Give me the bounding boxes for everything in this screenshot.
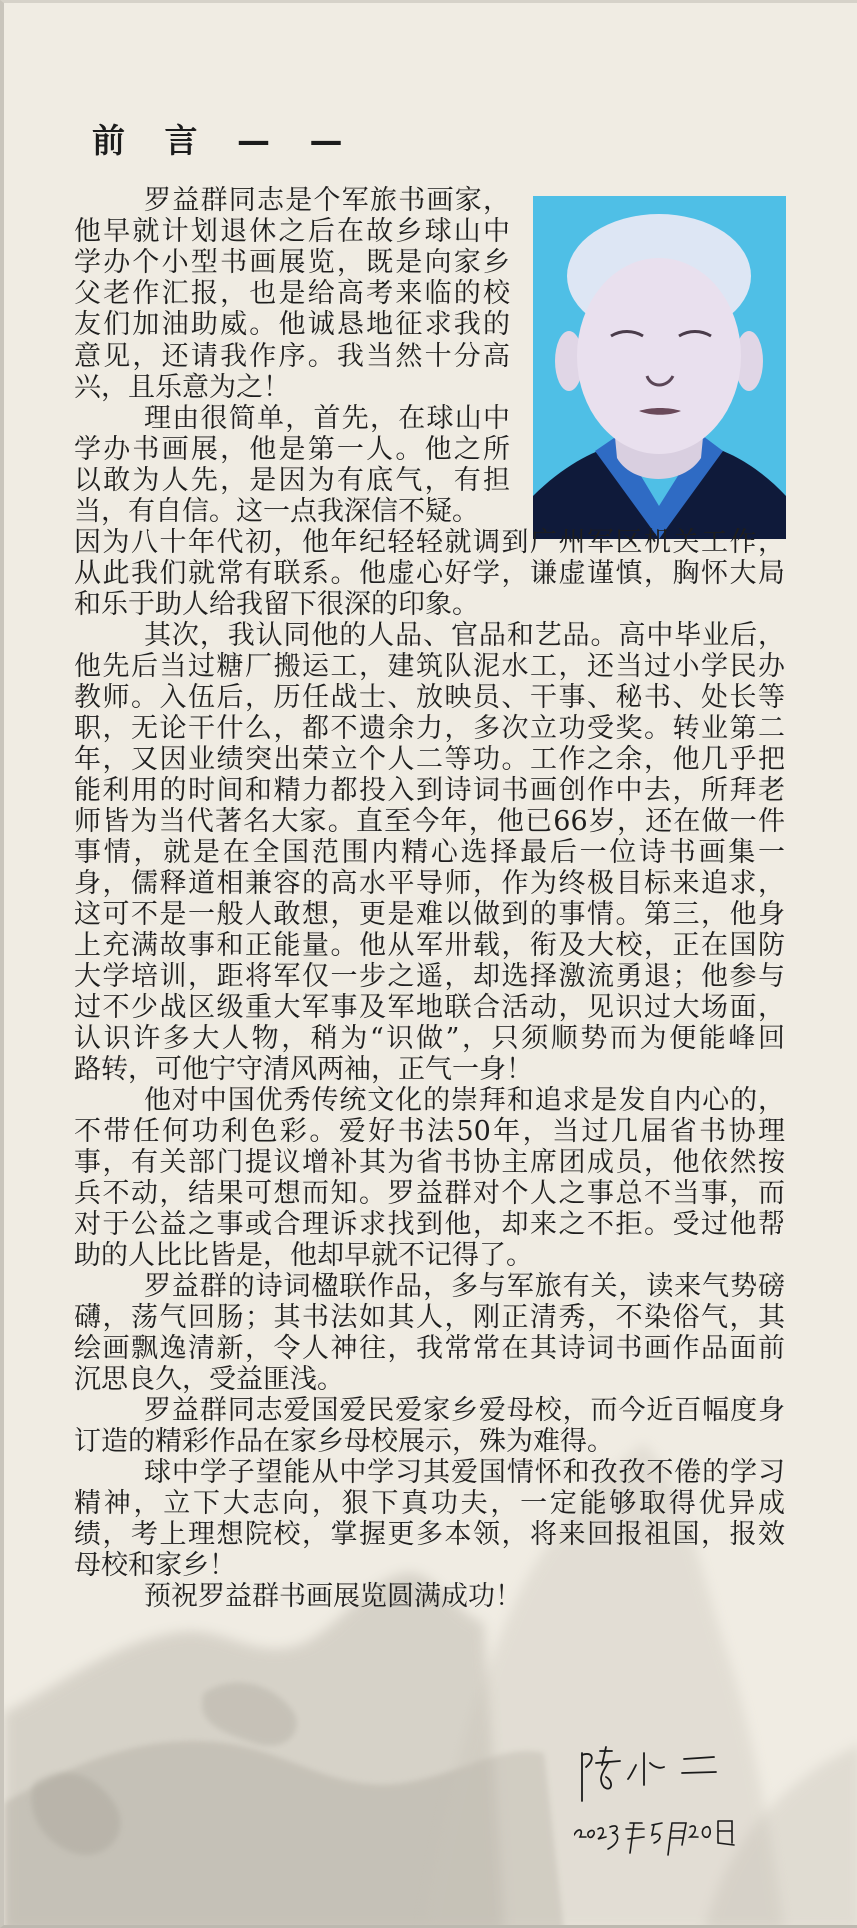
body-line: 认识许多大人物，稍为“识做”，只须顺势而为便能峰回 [74, 1023, 785, 1054]
body-line: 罗益群的诗词楹联作品，多与军旅有关，读来气势磅 [74, 1271, 785, 1302]
body-line: 罗益群同志是个军旅书画家， [74, 185, 510, 216]
body-line: 母校和家乡！ [74, 1550, 785, 1581]
body-line: 助的人比比皆是，他却早就不记得了。 [74, 1240, 785, 1271]
body-line: 年，又因业绩突出荣立个人二等功。工作之余，他几乎把 [74, 744, 785, 775]
body-line: 学办个小型书画展览，既是向家乡 [74, 247, 510, 278]
handwritten-signature [574, 1743, 784, 1873]
body-line: 身，儒释道相兼容的高水平导师，作为终极目标来追求， [74, 868, 785, 899]
body-line: 其次，我认同他的人品、官品和艺品。高中毕业后， [74, 620, 785, 651]
preface-page: 前 言 — — 罗益群同志是个军旅书画家 [0, 0, 857, 1928]
portrait-image [533, 196, 786, 539]
body-line: 理由很简单，首先，在球山中 [74, 403, 510, 434]
closing-line: 预祝罗益群书画展览圆满成功！ [74, 1581, 594, 1612]
body-line: 能利用的时间和精力都投入到诗词书画创作中去，所拜老 [74, 775, 785, 806]
body-line: 当，有自信。这一点我深信不疑。 [74, 496, 510, 527]
body-line: 职，无论干什么，都不遗余力，多次立功受奖。转业第二 [74, 713, 785, 744]
body-line: 他先后当过糖厂搬运工，建筑队泥水工，还当过小学民办 [74, 651, 785, 682]
body-line: 绩，考上理想院校，掌握更多本领，将来回报祖国，报效 [74, 1519, 785, 1550]
body-line: 他对中国优秀传统文化的崇拜和追求是发自内心的， [74, 1085, 785, 1116]
body-line: 兴，且乐意为之！ [74, 372, 510, 403]
page-title: 前 言 — — [92, 115, 356, 162]
body-line: 兵不动，结果可想而知。罗益群对个人之事总不当事，而 [74, 1178, 785, 1209]
body-line: 订造的精彩作品在家乡母校展示，殊为难得。 [74, 1426, 785, 1457]
body-line: 友们加油助威。他诚恳地征求我的 [74, 309, 510, 340]
body-line: 师皆为当代著名大家。直至今年，他已66岁，还在做一件 [74, 806, 785, 837]
body-line: 事，有关部门提议增补其为省书协主席团成员，他依然按 [74, 1147, 785, 1178]
body-line: 从此我们就常有联系。他虚心好学，谦虚谨慎，胸怀大局 [74, 558, 785, 589]
body-line: 罗益群同志爱国爱民爱家乡爱母校，而今近百幅度身 [74, 1395, 785, 1426]
body-line: 他早就计划退休之后在故乡球山中 [74, 216, 510, 247]
body-line: 意见，还请我作序。我当然十分高 [74, 341, 510, 372]
body-line: 事情，就是在全国范围内精心选择最后一位诗书画集一 [74, 837, 785, 868]
body-line: 对于公益之事或合理诉求找到他，却来之不拒。受过他帮 [74, 1209, 785, 1240]
body-line: 沉思良久，受益匪浅。 [74, 1364, 785, 1395]
body-line: 上充满故事和正能量。他从军卅载，衔及大校，正在国防 [74, 930, 785, 961]
body-line: 路转，可他宁守清风两袖，正气一身！ [74, 1054, 785, 1085]
body-line: 礴，荡气回肠；其书法如其人，刚正清秀，不染俗气，其 [74, 1302, 785, 1333]
portrait-photo [533, 196, 786, 539]
body-line: 因为八十年代初，他年纪轻轻就调到广州军区机关工作， [74, 527, 785, 558]
body-line: 教师。入伍后，历任战士、放映员、干事、秘书、处长等 [74, 682, 785, 713]
body-line: 绘画飘逸清新，令人神往，我常常在其诗词书画作品面前 [74, 1333, 785, 1364]
body-line: 父老作汇报，也是给高考来临的校 [74, 278, 510, 309]
body-line: 精神，立下大志向，狠下真功夫，一定能够取得优异成 [74, 1488, 785, 1519]
body-line: 不带任何功利色彩。爱好书法50年，当过几届省书协理 [74, 1116, 785, 1147]
body-line: 和乐于助人给我留下很深的印象。 [74, 589, 785, 620]
body-line: 学办书画展，他是第一人。他之所 [74, 434, 510, 465]
body-line: 大学培训，距将军仅一步之遥，却选择激流勇退；他参与 [74, 961, 785, 992]
signature-date-strokes [574, 1821, 734, 1855]
body-line: 这可不是一般人敢想，更是难以做到的事情。第三，他身 [74, 899, 785, 930]
body-line: 过不少战区级重大军事及军地联合活动，见识过大场面， [74, 992, 785, 1023]
body-line: 以敢为人先，是因为有底气，有担 [74, 465, 510, 496]
body-line: 球中学子望能从中学习其爱国情怀和孜孜不倦的学习 [74, 1457, 785, 1488]
